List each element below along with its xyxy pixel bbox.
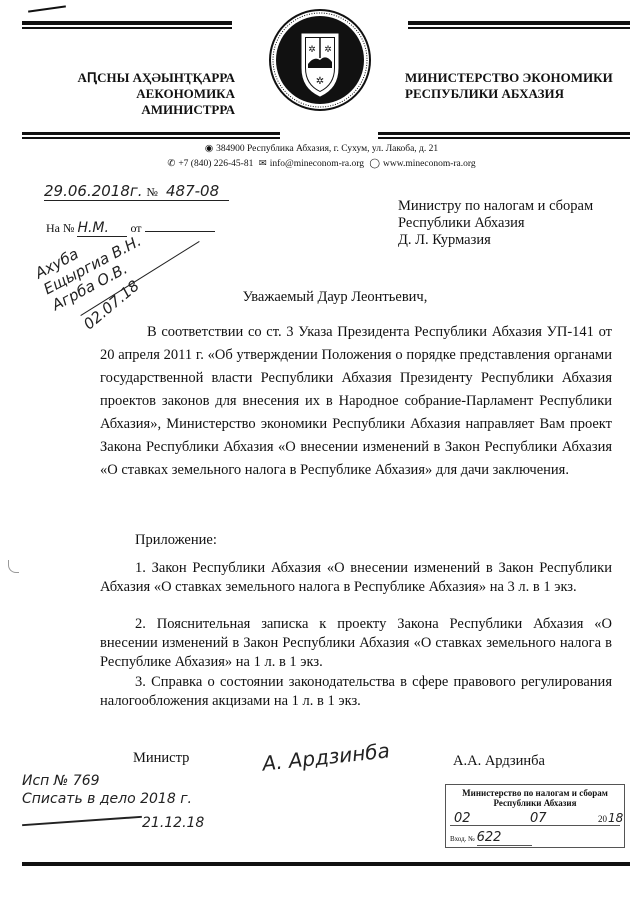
stamp-incoming-number: 622 bbox=[477, 830, 532, 846]
footer-rule bbox=[22, 862, 630, 866]
archive-line1: Исп № 769 bbox=[22, 772, 204, 790]
stamp-org2: Республики Абхазия bbox=[446, 798, 624, 808]
address-text: 384900 Республика Абхазия, г. Сухум, ул.… bbox=[216, 144, 438, 154]
org-abkhaz-line1: АԤСНЫ АҲӘЫНҬҚАРРА bbox=[60, 70, 235, 86]
svg-text:✲: ✲ bbox=[316, 76, 324, 87]
date-number-field: 29.06.2018г. № 487-08 bbox=[44, 182, 229, 201]
svg-text:✲: ✲ bbox=[308, 44, 316, 54]
contact-line: ✆+7 (840) 226-45-81 ✉info@mineconom-ra.o… bbox=[0, 157, 640, 171]
archive-date: 21.12.18 bbox=[142, 814, 204, 832]
header-rule-top-right-thin bbox=[408, 27, 630, 29]
from-value bbox=[145, 231, 215, 232]
scan-mark bbox=[28, 5, 66, 12]
header-rule-top-right bbox=[408, 21, 630, 25]
addressee-line1: Министру по налогам и сборам bbox=[398, 198, 593, 215]
punch-hole-mark bbox=[8, 560, 19, 573]
stamp-incoming-row: Вход. № 622 bbox=[450, 830, 620, 846]
svg-text:✲: ✲ bbox=[324, 44, 332, 54]
address-line: ◉384900 Республика Абхазия, г. Сухум, ул… bbox=[0, 142, 640, 156]
signatory-title: Министр bbox=[133, 750, 189, 767]
attachments-label: Приложение: bbox=[135, 532, 217, 549]
email-link[interactable]: info@mineconom-ra.org bbox=[270, 159, 364, 169]
location-pin-icon: ◉ bbox=[205, 142, 213, 156]
archive-line2: Списать в дело 2018 г. bbox=[22, 790, 204, 808]
website-link[interactable]: www.mineconom-ra.org bbox=[383, 159, 476, 169]
globe-icon: ◯ bbox=[369, 157, 380, 171]
body-paragraph: В соответствии со ст. 3 Указа Президента… bbox=[100, 321, 612, 482]
incoming-stamp: Министерство по налогам и сборам Республ… bbox=[445, 784, 625, 848]
header-rule-top-left-thin bbox=[22, 27, 232, 29]
signatory-name: А.А. Ардзинба bbox=[453, 753, 545, 770]
org-name-abkhaz: АԤСНЫ АҲӘЫНҬҚАРРА АЕКОНОМИКА АМИНИСТРРА bbox=[60, 70, 235, 118]
phone-text: +7 (840) 226-45-81 bbox=[178, 159, 253, 169]
header-rule-bottom-left bbox=[22, 132, 280, 135]
outgoing-date: 29.06.2018г. bbox=[44, 182, 143, 200]
handwritten-signature: А. Ардзинба bbox=[261, 738, 391, 775]
stamp-day: 02 bbox=[454, 811, 471, 826]
stamp-year: 18 bbox=[608, 811, 623, 825]
stamp-month: 07 bbox=[530, 811, 547, 826]
number-label: № bbox=[147, 185, 158, 199]
mail-icon: ✉ bbox=[259, 157, 267, 171]
addressee-line2: Республики Абхазия bbox=[398, 215, 593, 232]
salutation: Уважаемый Даур Леонтьевич, bbox=[0, 289, 640, 306]
stamp-org: Министерство по налогам и сборам bbox=[446, 788, 624, 798]
attachment-item-3: 3. Справка о состоянии законодательства … bbox=[100, 673, 612, 711]
addressee-line3: Д. Л. Курмазия bbox=[398, 232, 593, 249]
header-rule-top-left bbox=[22, 21, 232, 25]
stamp-date-row: 02 07 20 18 bbox=[450, 811, 620, 826]
org-abkhaz-line2: АЕКОНОМИКА АМИНИСТРРА bbox=[60, 86, 235, 118]
attachment-item-1: 1. Закон Республики Абхазия «О внесении … bbox=[100, 559, 612, 597]
header-rule-bottom-right-thin bbox=[378, 137, 630, 139]
header-rule-bottom-left-thin bbox=[22, 137, 280, 139]
org-russian-line2: РЕСПУБЛИКИ АБХАЗИЯ bbox=[405, 86, 625, 102]
addressee-block: Министру по налогам и сборам Республики … bbox=[398, 198, 593, 249]
outgoing-number: 487-08 bbox=[166, 182, 219, 200]
org-name-russian: МИНИСТЕРСТВО ЭКОНОМИКИ РЕСПУБЛИКИ АБХАЗИ… bbox=[405, 70, 625, 102]
phone-icon: ✆ bbox=[167, 157, 175, 171]
stamp-incoming-label: Вход. № bbox=[450, 835, 475, 843]
emblem-seal-icon: ✲ ✲ ✲ bbox=[268, 8, 372, 112]
attachment-item-2: 2. Пояснительная записка к проекту Закон… bbox=[100, 615, 612, 672]
header-rule-bottom-right bbox=[378, 132, 630, 135]
stamp-year-prefix: 20 bbox=[598, 814, 607, 824]
org-russian-line1: МИНИСТЕРСТВО ЭКОНОМИКИ bbox=[405, 70, 625, 86]
